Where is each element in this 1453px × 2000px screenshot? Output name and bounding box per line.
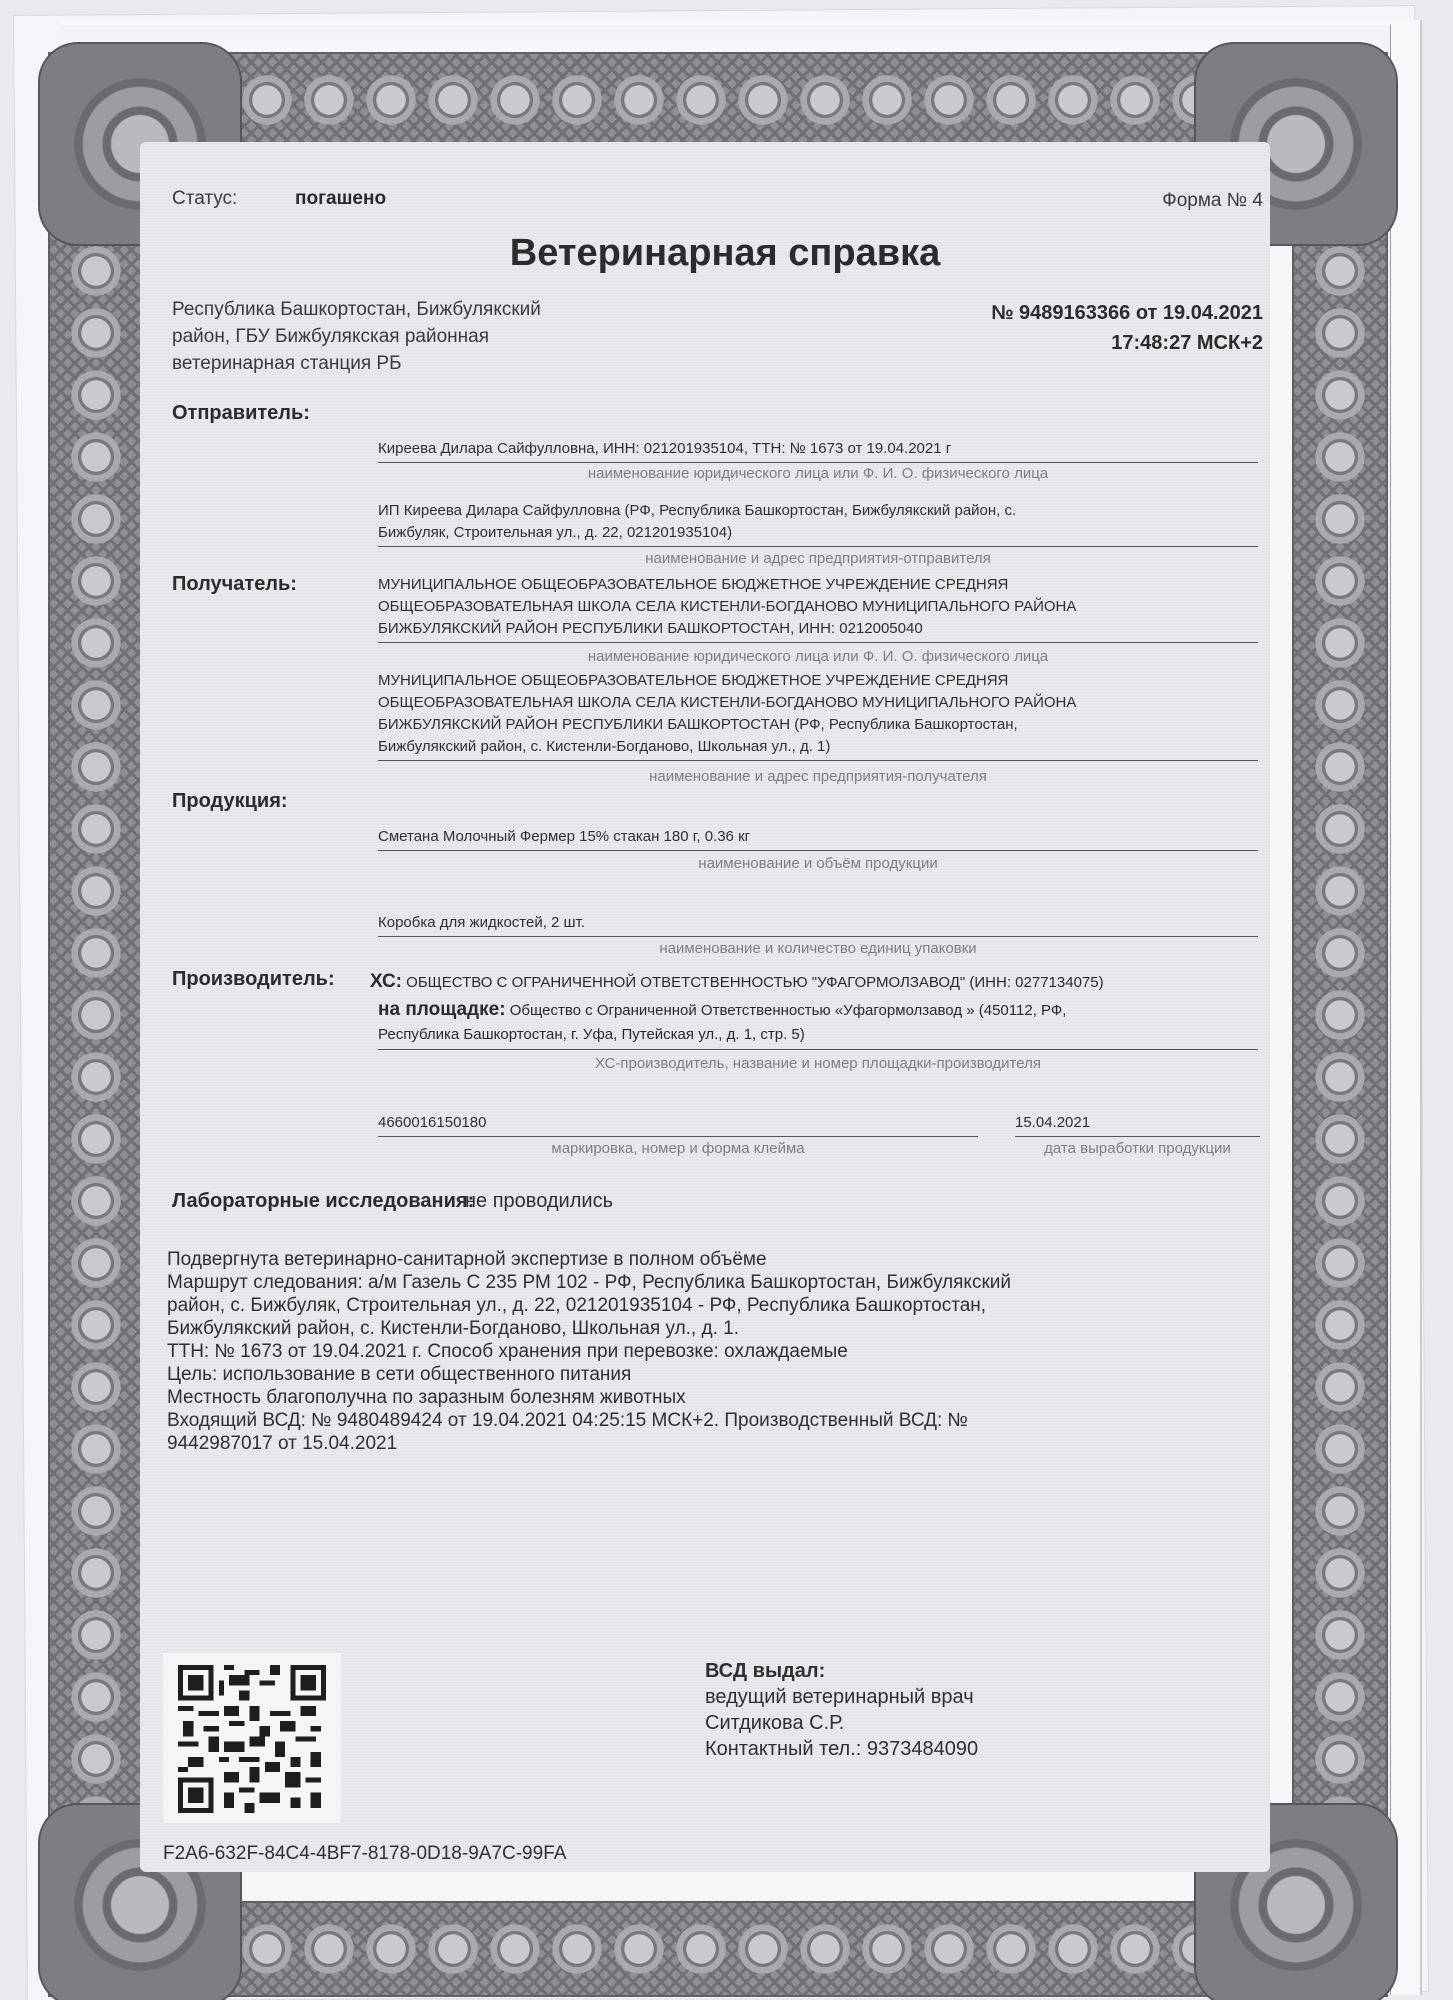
marking: 4660016150180: [378, 1112, 978, 1137]
details-line: Бижбулякский район, с. Кистенли-Богданов…: [167, 1317, 1277, 1340]
production-date-value: 15.04.2021: [1015, 1112, 1260, 1137]
issuer-line: Республика Башкортостан, Бижбулякский: [172, 296, 692, 323]
sender-name-value: Киреева Дилара Сайфулловна, ИНН: 0212019…: [378, 438, 1258, 463]
recipient-enterprise-line: ОБЩЕОБРАЗОВАТЕЛЬНАЯ ШКОЛА СЕЛА КИСТЕНЛИ-…: [378, 692, 1258, 714]
border-top: [48, 52, 1388, 148]
sender-enterprise: ИП Киреева Дилара Сайфулловна (РФ, Респу…: [378, 500, 1258, 547]
producer-caption: ХС-производитель, название и номер площа…: [378, 1055, 1258, 1072]
product-name: Сметана Молочный Фермер 15% стакан 180 г…: [378, 826, 1258, 851]
document-time: 17:48:27 МСК+2: [991, 328, 1263, 358]
document-uuid: F2A6-632F-84C4-4BF7-8178-0D18-9A7C-99FA: [163, 1843, 566, 1865]
status-badge: погашено: [295, 188, 386, 210]
production-date: 15.04.2021: [1015, 1112, 1260, 1137]
border-left: [48, 52, 144, 1997]
producer-xs-label: ХС:: [370, 971, 402, 992]
sender-name: Киреева Дилара Сайфулловна, ИНН: 0212019…: [378, 438, 1258, 463]
recipient-enterprise-line: МУНИЦИПАЛЬНОЕ ОБЩЕОБРАЗОВАТЕЛЬНОЕ БЮДЖЕТ…: [378, 670, 1258, 692]
border-bottom: [48, 1901, 1388, 1997]
issued-by-position: ведущий ветеринарный врач: [705, 1684, 978, 1710]
lab-label: Лабораторные исследования:: [172, 1190, 474, 1213]
producer-site: на площадке: Общество с Ограниченной Отв…: [378, 998, 1258, 1050]
details-block: Подвергнута ветеринарно-санитарной экспе…: [167, 1248, 1277, 1455]
details-line: Входящий ВСД: № 9480489424 от 19.04.2021…: [167, 1409, 1277, 1432]
document-number-date: № 9489163366 от 19.04.2021: [991, 298, 1263, 328]
form-number: Форма № 4: [1162, 190, 1263, 212]
product-label: Продукция:: [172, 790, 288, 813]
details-line: ТТН: № 1673 от 19.04.2021 г. Способ хран…: [167, 1340, 1277, 1363]
sender-enterprise-line: ИП Киреева Дилара Сайфулловна (РФ, Респу…: [378, 500, 1258, 522]
sender-enterprise-line: Бижбуляк, Строительная ул., д. 22, 02120…: [378, 522, 1258, 544]
production-date-caption: дата выработки продукции: [1015, 1140, 1260, 1157]
producer-xs: ХС: ОБЩЕСТВО С ОГРАНИЧЕННОЙ ОТВЕТСТВЕННО…: [370, 970, 1260, 995]
details-line: Маршрут следования: а/м Газель С 235 РМ …: [167, 1271, 1277, 1294]
producer-xs-value: ОБЩЕСТВО С ОГРАНИЧЕННОЙ ОТВЕТСТВЕННОСТЬЮ…: [406, 974, 1103, 991]
lab-value: не проводились: [465, 1190, 613, 1213]
qr-code-icon: [163, 1653, 341, 1823]
details-line: Местность благополучна по заразным болез…: [167, 1386, 1277, 1409]
marking-value: 4660016150180: [378, 1112, 978, 1137]
issuer: Республика Башкортостан, Бижбулякский ра…: [172, 296, 692, 377]
details-line: Цель: использование в сети общественного…: [167, 1363, 1277, 1386]
producer-site-value: Общество с Ограниченной Ответственностью…: [510, 1002, 1067, 1019]
details-line: район, с. Бижбуляк, Строительная ул., д.…: [167, 1294, 1277, 1317]
product-package-value: Коробка для жидкостей, 2 шт.: [378, 912, 1258, 937]
issued-by-contact: Контактный тел.: 9373484090: [705, 1736, 978, 1762]
details-line: 9442987017 от 15.04.2021: [167, 1432, 1277, 1455]
status-label: Статус:: [172, 188, 237, 210]
recipient-name-line: ОБЩЕОБРАЗОВАТЕЛЬНАЯ ШКОЛА СЕЛА КИСТЕНЛИ-…: [378, 596, 1258, 618]
recipient-name-line: БИЖБУЛЯКСКИЙ РАЙОН РЕСПУБЛИКИ БАШКОРТОСТ…: [378, 618, 1258, 640]
recipient-enterprise-line: БИЖБУЛЯКСКИЙ РАЙОН РЕСПУБЛИКИ БАШКОРТОСТ…: [378, 714, 1258, 736]
product-name-value: Сметана Молочный Фермер 15% стакан 180 г…: [378, 826, 1258, 851]
product-package-caption: наименование и количество единиц упаковк…: [378, 940, 1258, 957]
document-number: № 9489163366 от 19.04.2021 17:48:27 МСК+…: [991, 298, 1263, 358]
details-line: Подвергнута ветеринарно-санитарной экспе…: [167, 1248, 1277, 1271]
issued-by: ВСД выдал: ведущий ветеринарный врач Сит…: [705, 1658, 978, 1762]
sender-enterprise-caption: наименование и адрес предприятия-отправи…: [378, 550, 1258, 567]
sender-label: Отправитель:: [172, 402, 310, 425]
recipient-name: МУНИЦИПАЛЬНОЕ ОБЩЕОБРАЗОВАТЕЛЬНОЕ БЮДЖЕТ…: [378, 574, 1258, 643]
recipient-enterprise: МУНИЦИПАЛЬНОЕ ОБЩЕОБРАЗОВАТЕЛЬНОЕ БЮДЖЕТ…: [378, 670, 1258, 761]
recipient-enterprise-line: Бижбулякский район, с. Кистенли-Богданов…: [378, 736, 1258, 758]
issued-by-name: Ситдикова С.Р.: [705, 1710, 978, 1736]
producer-site-value-line2: Республика Башкортостан, г. Уфа, Путейск…: [378, 1023, 1258, 1050]
product-package: Коробка для жидкостей, 2 шт.: [378, 912, 1258, 937]
recipient-name-line: МУНИЦИПАЛЬНОЕ ОБЩЕОБРАЗОВАТЕЛЬНОЕ БЮДЖЕТ…: [378, 574, 1258, 596]
producer-site-label: на площадке:: [378, 999, 506, 1020]
border-right: [1292, 52, 1388, 1997]
page-title: Ветеринарная справка: [160, 232, 1290, 275]
product-name-caption: наименование и объём продукции: [378, 855, 1258, 872]
issuer-line: район, ГБУ Бижбулякская районная: [172, 323, 692, 350]
producer-label: Производитель:: [172, 968, 335, 991]
sender-name-caption: наименование юридического лица или Ф. И.…: [378, 465, 1258, 482]
recipient-label: Получатель:: [172, 573, 297, 596]
issued-by-heading: ВСД выдал:: [705, 1658, 978, 1684]
marking-caption: маркировка, номер и форма клейма: [378, 1140, 978, 1157]
issuer-line: ветеринарная станция РБ: [172, 350, 692, 377]
recipient-name-caption: наименование юридического лица или Ф. И.…: [378, 648, 1258, 665]
recipient-enterprise-caption: наименование и адрес предприятия-получат…: [378, 768, 1258, 785]
